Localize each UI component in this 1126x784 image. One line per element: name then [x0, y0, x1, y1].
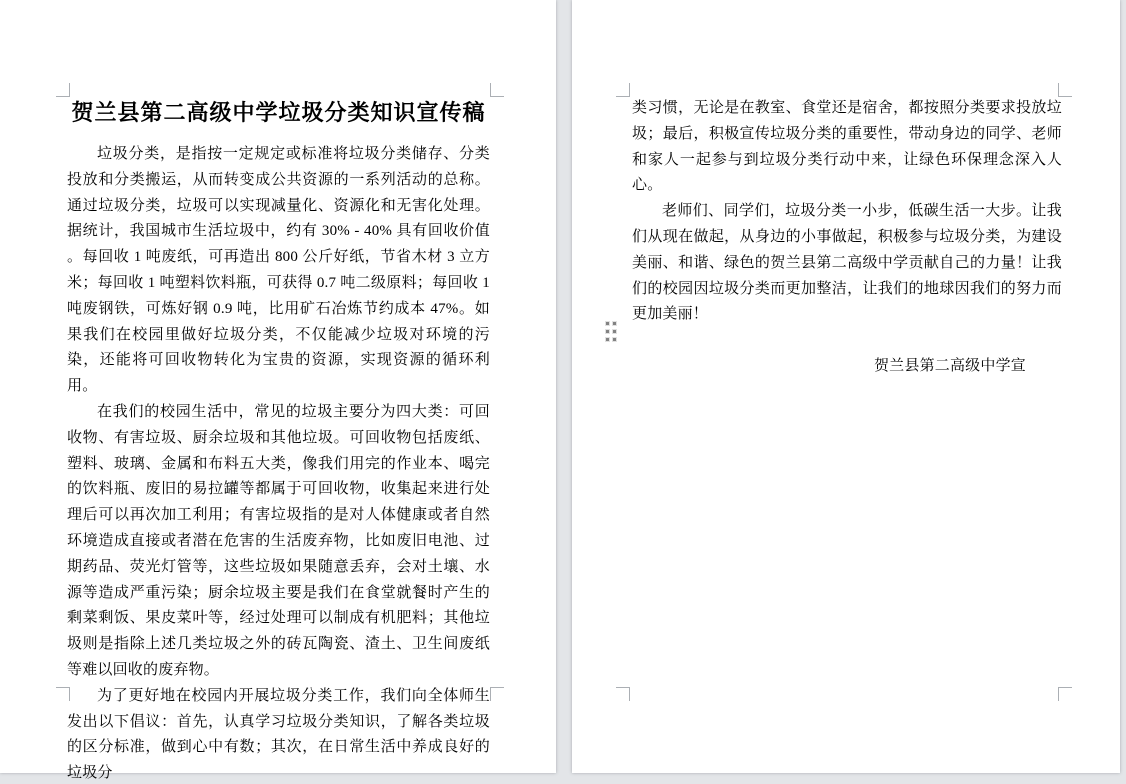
document-title: 贺兰县第二高级中学垃圾分类知识宣传稿	[67, 98, 490, 128]
paragraph-categories[interactable]: 在我们的校园生活中，常见的垃圾主要分为四大类：可回收物、有害垃圾、厨余垃圾和其他…	[67, 400, 490, 684]
page-2-text-area[interactable]: 类习惯，无论是在教室、食堂还是宿舍，都按照分类要求投放垃圾；最后，积极宣传垃圾分…	[632, 96, 1062, 380]
paragraph-initiative[interactable]: 为了更好地在校园内开展垃圾分类工作，我们向全体师生发出以下倡议：首先，认真学习垃…	[67, 684, 490, 784]
drag-handle-dot	[606, 322, 609, 325]
paragraph-initiative-continued[interactable]: 类习惯，无论是在教室、食堂还是宿舍，都按照分类要求投放垃圾；最后，积极宣传垃圾分…	[632, 96, 1062, 199]
drag-handle-dot	[613, 330, 616, 333]
page-2[interactable]: 类习惯，无论是在教室、食堂还是宿舍，都按照分类要求投放垃圾；最后，积极宣传垃圾分…	[572, 0, 1120, 773]
page-1-text-area[interactable]: 贺兰县第二高级中学垃圾分类知识宣传稿 垃圾分类，是指按一定规定或标准将垃圾分类储…	[67, 96, 490, 784]
paragraph-drag-handle-icon[interactable]	[606, 322, 616, 341]
paragraph-intro[interactable]: 垃圾分类，是指按一定规定或标准将垃圾分类储存、分类投放和分类搬运，从而转变成公共…	[67, 142, 490, 400]
drag-handle-dot	[613, 338, 616, 341]
drag-handle-dot	[606, 338, 609, 341]
signature-line[interactable]: 贺兰县第二高级中学宣	[632, 354, 1062, 380]
margin-crop-mark	[56, 83, 70, 97]
drag-handle-dot	[613, 322, 616, 325]
margin-crop-mark	[490, 83, 504, 97]
margin-crop-mark	[1058, 83, 1072, 97]
margin-crop-mark	[490, 687, 504, 701]
drag-handle-dot	[606, 330, 609, 333]
margin-crop-mark	[616, 83, 630, 97]
document-canvas: 贺兰县第二高级中学垃圾分类知识宣传稿 垃圾分类，是指按一定规定或标准将垃圾分类储…	[0, 0, 1126, 784]
margin-crop-mark	[1058, 687, 1072, 701]
paragraph-closing[interactable]: 老师们、同学们，垃圾分类一小步，低碳生活一大步。让我们从现在做起，从身边的小事做…	[632, 199, 1062, 328]
margin-crop-mark	[616, 687, 630, 701]
page-1[interactable]: 贺兰县第二高级中学垃圾分类知识宣传稿 垃圾分类，是指按一定规定或标准将垃圾分类储…	[0, 0, 556, 773]
